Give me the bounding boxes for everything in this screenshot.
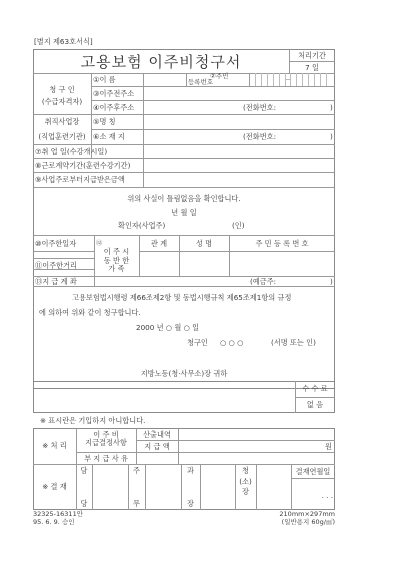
account-label: ⑬지 급 계 좌 — [35, 278, 77, 285]
approver-2-sign-box[interactable] — [146, 465, 180, 509]
divider — [33, 258, 94, 259]
approver-3-bottom: 장 — [181, 500, 200, 507]
workplace-phone-close: ) — [330, 133, 333, 140]
approver-1-top: 담 — [76, 467, 92, 474]
address-before-label: ③이주전주소 — [93, 90, 134, 97]
claimant-group-sublabel: (수급자격자) — [33, 98, 91, 105]
approver-2-top: 주 — [128, 467, 145, 474]
decision-label-2: 지급결정사항 — [76, 439, 136, 446]
amount-field[interactable] — [179, 441, 324, 452]
approval-date-value[interactable]: . . . — [291, 492, 333, 499]
workplace-phone-field[interactable] — [280, 130, 328, 143]
nonpay-label: 부 지 급 사 유 — [76, 455, 136, 462]
header-relation: 관 계 — [139, 240, 179, 247]
processing-label: ※ 처 리 — [33, 442, 76, 449]
rrn-label-bottom: 등록번호 — [188, 79, 213, 86]
nonpay-field[interactable] — [137, 453, 334, 464]
fee-value: 없 음 — [295, 401, 335, 408]
claimant-phone-label: (전화번호: — [243, 104, 276, 111]
declaration-line-1: 고용보험법시행령 제66조제2항 및 동법시행규칙 제65조제1항의 규정 — [72, 294, 291, 301]
claimant-group-label: 청 구 인 — [33, 86, 91, 93]
footer-paper-type: (일반용지 60g/㎡) — [235, 519, 335, 526]
address-after-label: ④이주후주소 — [93, 104, 134, 111]
fee-label: 수 수 료 — [295, 385, 335, 392]
account-holder-label: (예금주: — [250, 278, 276, 285]
approver-1-sign-box[interactable] — [93, 465, 127, 509]
footer-approval-date: 95. 6. 9. 승인 — [33, 519, 75, 526]
family-name-field[interactable] — [180, 252, 228, 275]
divider — [295, 397, 335, 398]
rrn-digit-boxes[interactable] — [249, 73, 335, 86]
header-rrn: 주 민 등 록 번 호 — [229, 240, 335, 247]
confirmation-statement: 위의 사실이 틀림없음을 확인합니다. — [33, 195, 335, 202]
processing-period-value: 7 일 — [289, 64, 335, 71]
workplace-name-field[interactable] — [144, 115, 334, 128]
divider — [186, 73, 187, 86]
calc-field[interactable] — [179, 429, 334, 440]
account-field[interactable] — [95, 277, 235, 286]
workplace-location-label: ⑥소 재 지 — [93, 133, 125, 140]
family-item-number: ⑫ — [96, 241, 102, 247]
claimant-phone-field[interactable] — [280, 101, 328, 113]
approver-4-sign-box[interactable] — [257, 465, 290, 509]
employment-date-label: ⑦취 업 일(수강개시일) — [35, 148, 107, 155]
fee-section — [33, 381, 335, 413]
declaration-claimant-label: 청구인 — [187, 339, 208, 346]
claimant-phone-close: ) — [330, 104, 333, 111]
employment-date-field[interactable] — [144, 145, 334, 157]
move-distance-label: ⑪이주한거리 — [35, 262, 77, 269]
contract-period-label: ⑧근로계약기간(훈련수강기간) — [35, 162, 130, 169]
declaration-claimant-name: ○ ○ ○ — [220, 339, 243, 346]
family-rrn-field[interactable] — [230, 252, 334, 275]
move-distance-field[interactable] — [34, 270, 93, 276]
workplace-group-label: 취직사업장 — [33, 118, 91, 125]
family-relation-field[interactable] — [140, 252, 178, 275]
workplace-location-field[interactable] — [144, 130, 244, 143]
divider — [33, 286, 335, 287]
paid-amount-label: ⑨사업주로부터지급받은금액 — [35, 176, 125, 183]
paid-amount-field[interactable] — [144, 173, 334, 186]
approval-date-label: 결재연월일 — [291, 468, 335, 475]
workplace-group-sublabel: (직업훈련기관) — [33, 133, 91, 140]
account-holder-close: ) — [330, 278, 333, 285]
signature-mark: (서명 또는 인) — [271, 339, 316, 346]
name-field[interactable] — [144, 74, 186, 86]
name-label: ①이 름 — [93, 76, 116, 83]
approver-3-top: 과 — [181, 467, 200, 474]
footer-form-code: 32325-16311안 — [33, 511, 83, 518]
declaration-date: 2000 년 ○ 월 ○ 일 — [136, 324, 199, 331]
header-name: 성 명 — [179, 240, 229, 247]
family-label-1: 이 주 시 — [94, 248, 139, 255]
move-date-field[interactable] — [34, 252, 93, 258]
approver-2-bottom: 무 — [128, 500, 145, 507]
contract-period-field[interactable] — [144, 159, 334, 171]
move-date-label: ⑩이주한일자 — [35, 240, 76, 247]
confirmation-date: 년 월 일 — [33, 209, 335, 216]
account-holder-field[interactable] — [282, 277, 328, 286]
calc-label: 산출내역 — [136, 431, 178, 438]
form-number-tag: [별지 제63호서식] — [34, 38, 93, 45]
address-before-field[interactable] — [144, 87, 334, 99]
address-after-field[interactable] — [144, 101, 244, 113]
workplace-phone-label: (전화번호: — [243, 133, 276, 140]
divider — [291, 478, 335, 479]
seal-mark: (인) — [232, 222, 245, 229]
divider — [33, 187, 335, 188]
workplace-name-label: ⑤명 칭 — [93, 118, 116, 125]
amount-label: 지 급 액 — [136, 443, 178, 450]
addressee: 지방노동(청·사무소)장 귀하 — [33, 370, 335, 377]
declaration-line-2: 에 의하여 위와 같이 청구합니다. — [39, 309, 141, 316]
approver-4-bottom: 장 — [235, 488, 256, 495]
family-label-3: 가 족 — [94, 265, 139, 272]
divider — [289, 61, 335, 62]
confirmer-label: 확인자(사업주) — [118, 222, 165, 229]
approver-4-mid: (소) — [235, 478, 256, 485]
processing-period-label: 처리기간 — [289, 52, 335, 59]
approver-3-sign-box[interactable] — [201, 465, 234, 509]
footer-paper-size: 210mm×297mm — [235, 511, 335, 518]
confirmer-field[interactable] — [175, 219, 235, 231]
approval-label: ※ 결 재 — [33, 483, 76, 490]
form-title: 고용보험 이주비청구서 — [33, 55, 289, 70]
approver-4-top: 청 — [235, 467, 256, 474]
divider — [33, 235, 335, 236]
approver-1-bottom: 당 — [76, 500, 92, 507]
notice-text: ※ 표시란은 기입하지 아니합니다. — [40, 417, 145, 424]
amount-unit: 원 — [325, 443, 332, 450]
